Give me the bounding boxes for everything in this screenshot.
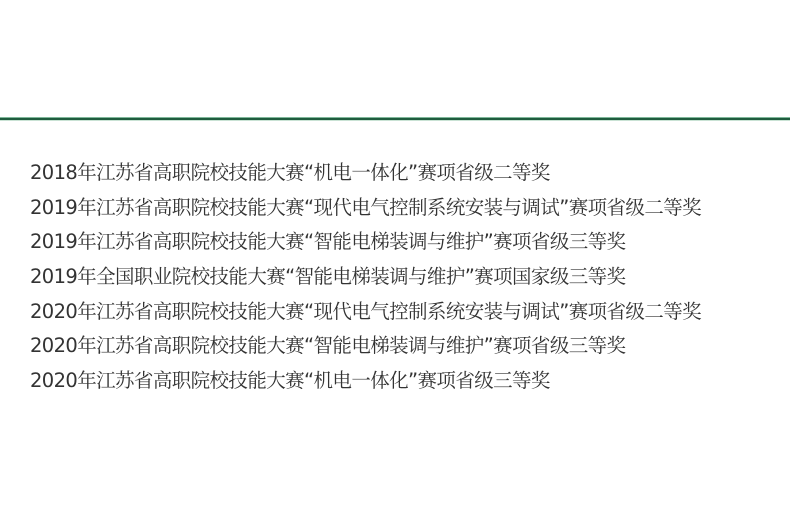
- award-item: 2019年全国职业院校技能大赛“智能电梯装调与维护”赛项国家级三等奖: [30, 260, 701, 295]
- awards-list: 2018年江苏省高职院校技能大赛“机电一体化”赛项省级二等奖 2019年江苏省高…: [30, 156, 701, 399]
- award-item: 2020年江苏省高职院校技能大赛“现代电气控制系统安装与调试”赛项省级二等奖: [30, 295, 701, 330]
- section-divider: [0, 118, 790, 120]
- award-item: 2019年江苏省高职院校技能大赛“智能电梯装调与维护”赛项省级三等奖: [30, 225, 701, 260]
- award-item: 2018年江苏省高职院校技能大赛“机电一体化”赛项省级二等奖: [30, 156, 701, 191]
- award-item: 2020年江苏省高职院校技能大赛“智能电梯装调与维护”赛项省级三等奖: [30, 329, 701, 364]
- award-item: 2020年江苏省高职院校技能大赛“机电一体化”赛项省级三等奖: [30, 364, 701, 399]
- award-item: 2019年江苏省高职院校技能大赛“现代电气控制系统安装与调试”赛项省级二等奖: [30, 191, 701, 226]
